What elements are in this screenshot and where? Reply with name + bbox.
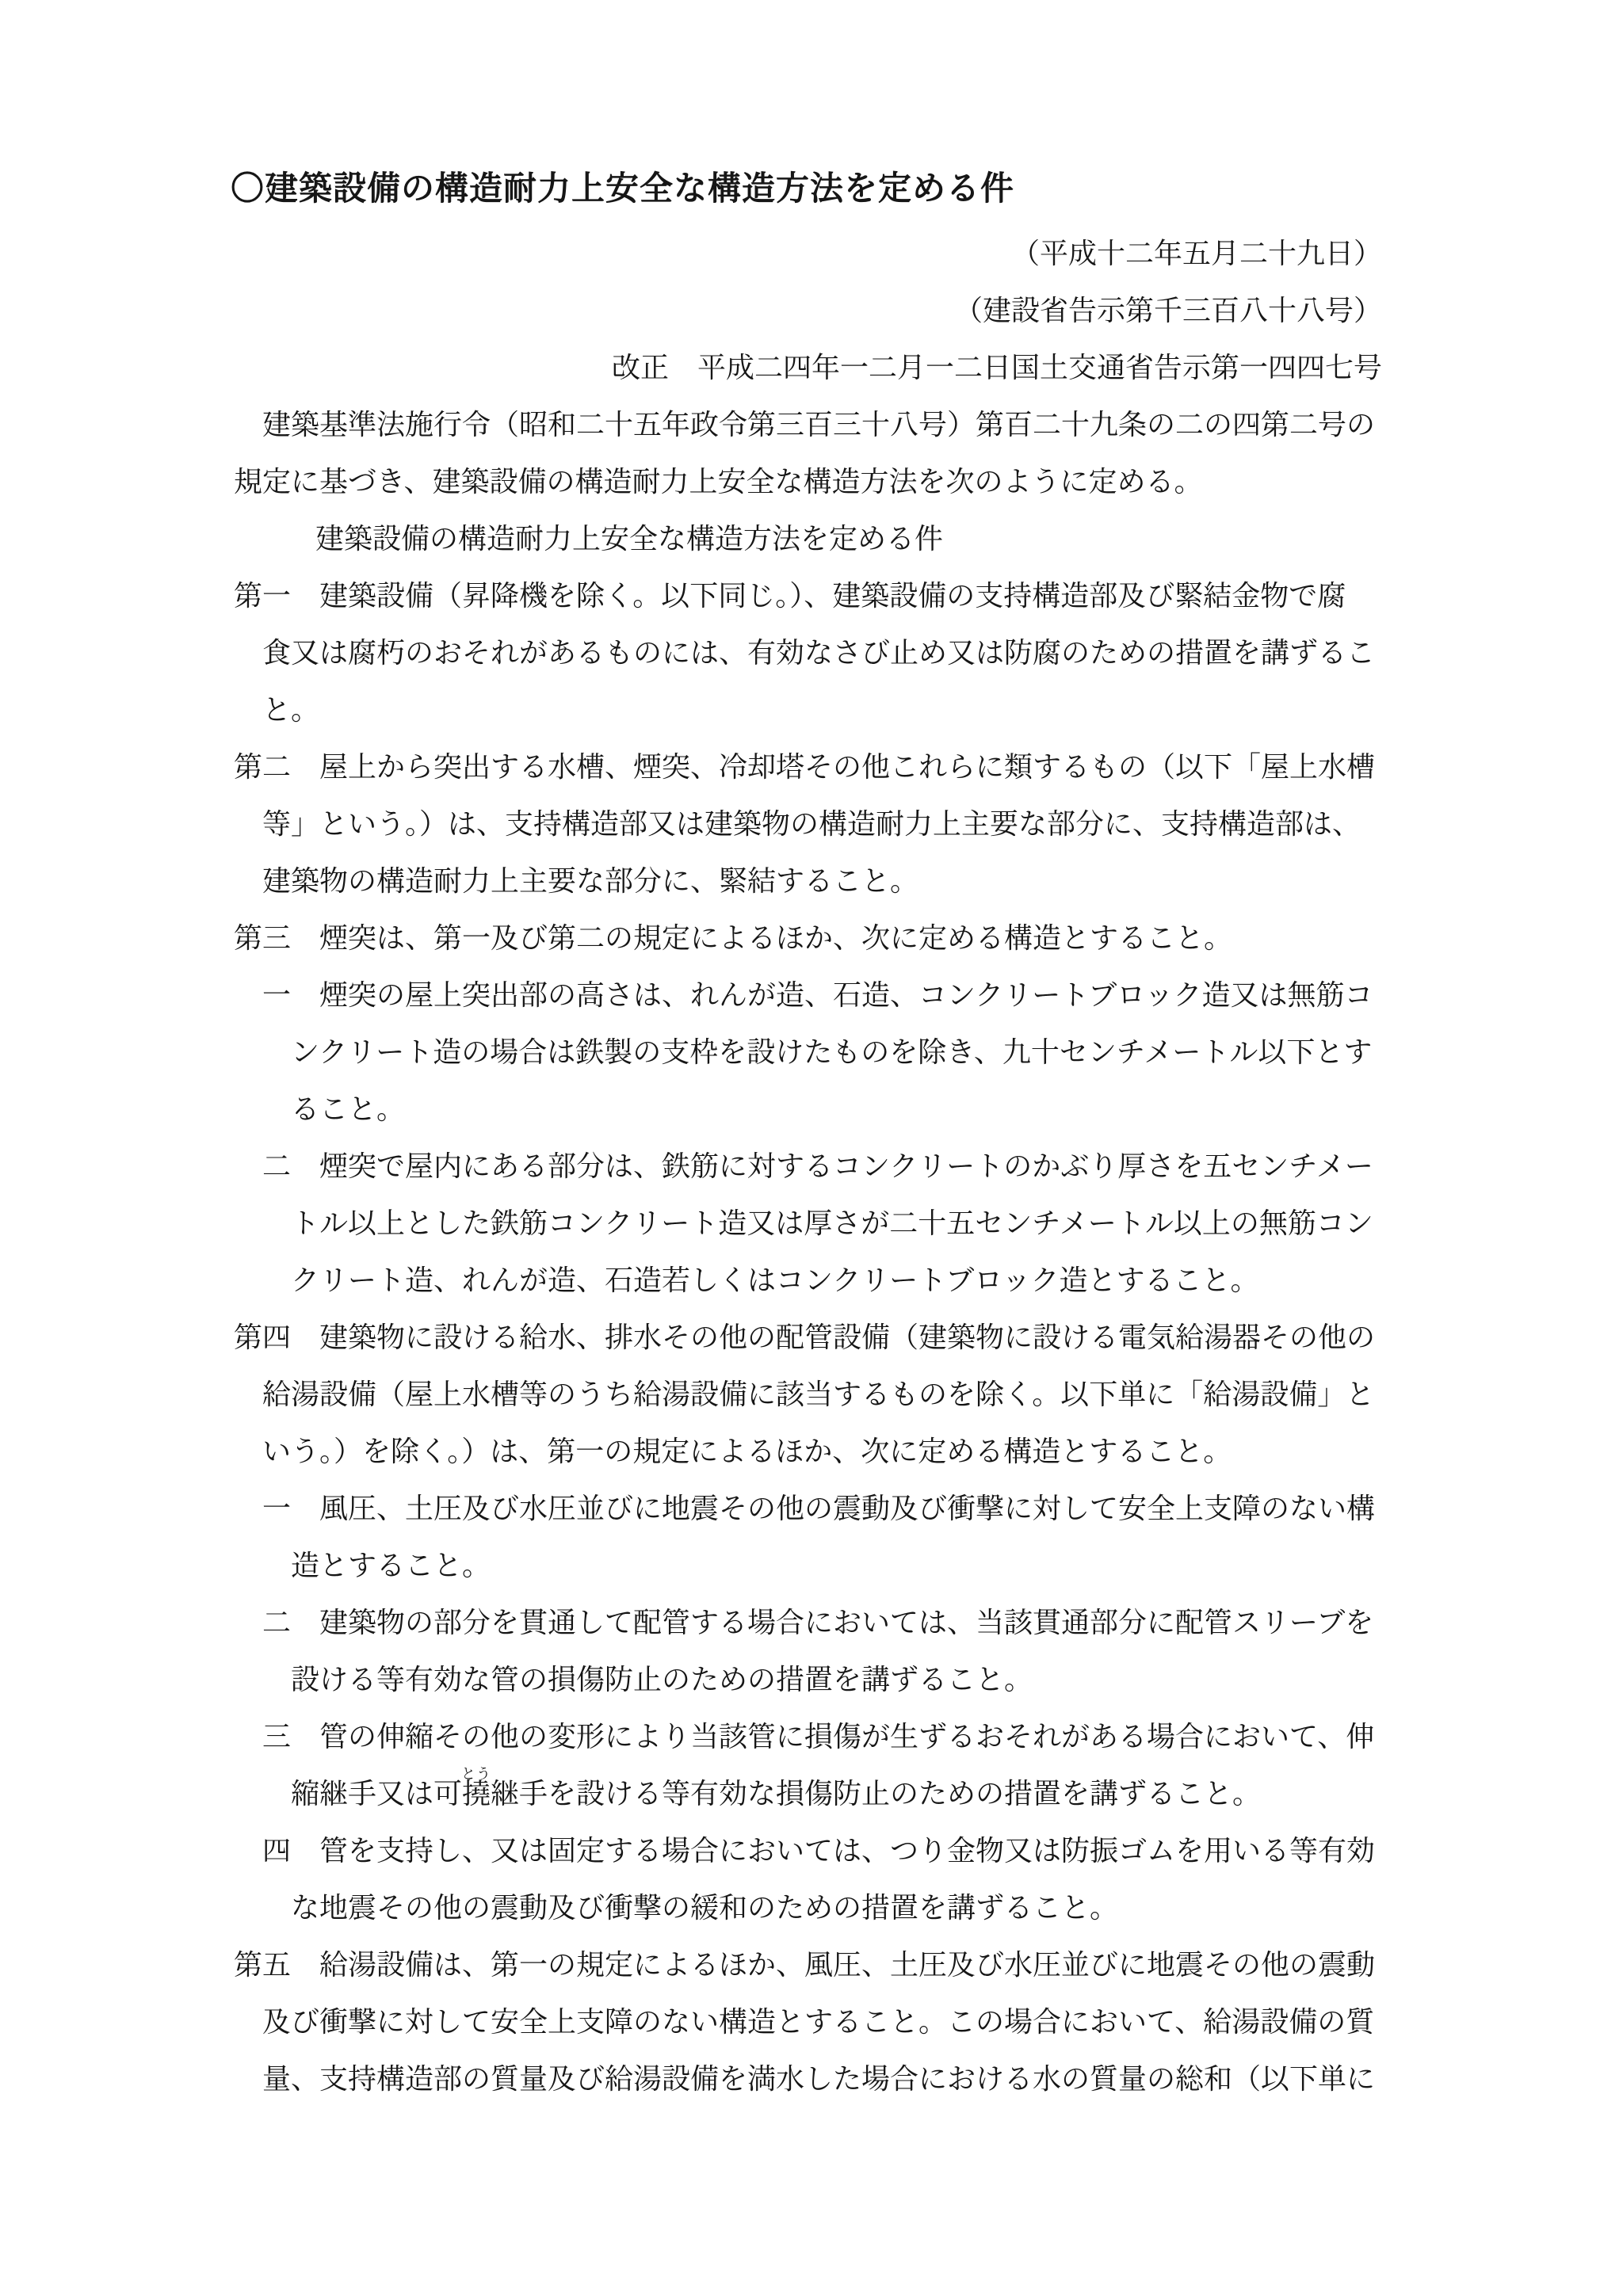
article-1-line: 第一 建築設備（昇降機を除く。以下同じ。）、建築設備の支持構造部及び緊結金物で腐	[234, 567, 1387, 624]
article-5-line: 及び衝撃に対して安全上支障のない構造とすること。この場合において、給湯設備の質	[234, 1993, 1387, 2050]
document-body: （平成十二年五月二十九日）（建設省告示第千三百八十八号）改正 平成二四年一二月一…	[234, 225, 1387, 2107]
preamble-line: 規定に基づき、建築設備の構造耐力上安全な構造方法を次のように定める。	[234, 453, 1387, 510]
article-4-item-3-line: 三 管の伸縮その他の変形により当該管に損傷が生ずるおそれがある場合において、伸	[234, 1708, 1387, 1765]
article-4-item-1-line: 造とすること。	[234, 1537, 1387, 1594]
article-4-line: いう。）を除く。）は、第一の規定によるほか、次に定める構造とすること。	[234, 1423, 1387, 1480]
article-3-item-1-line: 一 煙突の屋上突出部の高さは、れんが造、石造、コンクリートブロック造又は無筋コ	[234, 967, 1387, 1024]
article-4-item-2-line: 設ける等有効な管の損傷防止のための措置を講ずること。	[234, 1651, 1387, 1708]
article-3-item-2-line: トル以上とした鉄筋コンクリート造又は厚さが二十五センチメートル以上の無筋コン	[234, 1195, 1387, 1252]
article-3-item-1-line: ンクリート造の場合は鉄製の支枠を設けたものを除き、九十センチメートル以下とす	[234, 1024, 1387, 1081]
article-4-item-1-line: 一 風圧、土圧及び水圧並びに地震その他の震動及び衝撃に対して安全上支障のない構	[234, 1480, 1387, 1537]
article-3-line: 第三 煙突は、第一及び第二の規定によるほか、次に定める構造とすること。	[234, 910, 1387, 967]
ruby-base: 撓とう	[462, 1779, 491, 1808]
article-5-line: 第五 給湯設備は、第一の規定によるほか、風圧、土圧及び水圧並びに地震その他の震動	[234, 1936, 1387, 1993]
article-3-item-2-line: 二 煙突で屋内にある部分は、鉄筋に対するコンクリートのかぶり厚さを五センチメー	[234, 1138, 1387, 1195]
article-2-line: 建築物の構造耐力上主要な部分に、緊結すること。	[234, 852, 1387, 910]
amendment-line: 改正 平成二四年一二月一二日国土交通省告示第一四四七号	[234, 339, 1387, 396]
document-page: 〇建築設備の構造耐力上安全な構造方法を定める件 （平成十二年五月二十九日）（建設…	[0, 0, 1623, 2296]
article-5-line: 量、支持構造部の質量及び給湯設備を満水した場合における水の質量の総和（以下単に	[234, 2050, 1387, 2107]
article-4-item-4-line: な地震その他の震動及び衝撃の緩和のための措置を講ずること。	[234, 1879, 1387, 1936]
article-4-item-4-line: 四 管を支持し、又は固定する場合においては、つり金物又は防振ゴムを用いる等有効	[234, 1822, 1387, 1879]
article-1-line: 食又は腐朽のおそれがあるものには、有効なさび止め又は防腐のための措置を講ずるこ	[234, 624, 1387, 681]
article-1-line: と。	[234, 681, 1387, 738]
article-4-item-3-line: 縮継手又は可撓とう継手を設ける等有効な損傷防止のための措置を講ずること。	[234, 1765, 1387, 1822]
article-4-line: 給湯設備（屋上水槽等のうち給湯設備に該当するものを除く。以下単に「給湯設備」と	[234, 1366, 1387, 1423]
article-4-item-2-line: 二 建築物の部分を貫通して配管する場合においては、当該貫通部分に配管スリーブを	[234, 1594, 1387, 1651]
preamble-line: 建築基準法施行令（昭和二十五年政令第三百三十八号）第百二十九条の二の四第二号の	[234, 396, 1387, 453]
ruby-annotation: とう	[461, 1767, 491, 1781]
subtitle-line: 建築設備の構造耐力上安全な構造方法を定める件	[234, 510, 1387, 567]
article-3-item-1-line: ること。	[234, 1081, 1387, 1138]
document-title: 〇建築設備の構造耐力上安全な構造方法を定める件	[231, 168, 1014, 209]
article-2-line: 第二 屋上から突出する水槽、煙突、冷却塔その他これらに類するもの（以下「屋上水槽	[234, 738, 1387, 795]
article-4-line: 第四 建築物に設ける給水、排水その他の配管設備（建築物に設ける電気給湯器その他の	[234, 1309, 1387, 1366]
notification-line: （建設省告示第千三百八十八号）	[234, 282, 1387, 339]
article-3-item-2-line: クリート造、れんが造、石造若しくはコンクリートブロック造とすること。	[234, 1252, 1387, 1309]
article-2-line: 等」という。）は、支持構造部又は建築物の構造耐力上主要な部分に、支持構造部は、	[234, 795, 1387, 852]
date-line: （平成十二年五月二十九日）	[234, 225, 1387, 282]
